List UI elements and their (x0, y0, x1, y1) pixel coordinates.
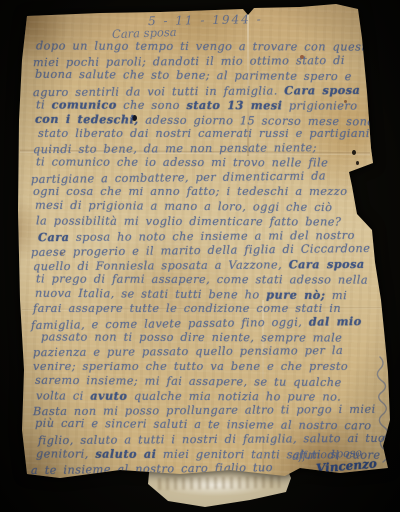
letter-text-segment: venire; speriamo che tutto va bene e che… (33, 360, 348, 373)
letter-text-segment: dal mio (309, 314, 362, 329)
letter-line: mesi di prigionia a mano a loro, oggi ch… (35, 199, 367, 216)
letter-text-segment: ogni cosa che mi anno fatto; i tedeschi … (33, 185, 369, 198)
letter-text-segment: avuto (90, 389, 127, 403)
letter-text-segment: figlio, saluto a tutti i nostri di famig… (38, 431, 389, 446)
letter-line: dopo un lungo tempo ti vengo a trovare c… (36, 39, 368, 55)
letter-text-segment: pazienza e pure passato quello pensiamo … (33, 344, 343, 359)
letter-line: a te insieme al nostro caro figlio tuo (31, 460, 363, 479)
letter-text-segment: pure nò; (266, 288, 325, 302)
letter-line: venire; speriamo che tutto va bene e che… (33, 360, 365, 375)
letter-text-segment: qualche mia notizia ho pure no. (127, 390, 341, 404)
letter-text-segment: comunico (52, 98, 117, 112)
letter-text-segment: nuova Italia, se stati tutti bene ho (35, 287, 266, 302)
letter-text-segment: mi (325, 289, 347, 302)
letter-text-segment: buona salute che sto bene; al parimente … (35, 68, 352, 83)
letter-text-segment: dopo un lungo tempo ti vengo a trovare c… (36, 39, 374, 53)
letter-text-segment: saluto ai (95, 447, 156, 461)
margin-scribble-decoration (370, 355, 390, 467)
letter-salutation: Cara sposa (112, 25, 177, 41)
letter-text-segment: prigioniero (282, 99, 357, 112)
letter-body: dopo un lungo tempo ti vengo a trovare c… (33, 40, 365, 476)
letter-paper-wrap: 5 - 11 - 1944 - Cara sposa dopo un lungo… (0, 0, 400, 512)
letter-text-segment: quello di Fonniesla sposata a Vazzone, (33, 259, 289, 274)
letter-text-segment: volta ci (36, 390, 90, 403)
letter-text-segment: più cari e sinceri saluti a te insieme a… (35, 417, 372, 433)
letter-text-segment: passato non ti posso dire niente, sempre… (41, 330, 342, 344)
letter-text-segment: stato liberato dai nostri camerati russi… (38, 127, 374, 140)
letter-text-segment: a te insieme al nostro caro figlio tuo (31, 461, 273, 477)
letter-text-segment: genitori, (36, 448, 95, 461)
letter-text-segment: la possibilità mi voglio dimenticare fat… (36, 214, 341, 228)
letter-line: ogni cosa che mi anno fatto; i tedeschi … (33, 185, 365, 200)
photo-background: 5 - 11 - 1944 - Cara sposa dopo un lungo… (0, 0, 400, 512)
letter-line: con i tedeschi, adesso giorno 15 scorso … (35, 111, 367, 128)
letter-text-segment: farai assapere tutte le condizione come … (33, 302, 341, 315)
letter-text-segment: ti comunico che io adesso mi trovo nelle… (36, 156, 328, 170)
letter-text-segment: ti (36, 99, 52, 112)
letter-text-segment: Cara (38, 230, 69, 244)
letter-text-segment: Cara sposa (284, 83, 360, 98)
letter-text-segment: Basta non mi posso prollungare altro ti … (33, 402, 376, 417)
letter-text-segment: partigiane a combattere, per dimenticarm… (31, 169, 326, 186)
letter-text-segment: Cara sposa (289, 257, 365, 272)
letter-text-segment: ti prego di farmi assapere, come stati a… (36, 272, 368, 286)
letter-line: quello di Fonniesla sposata a Vazzone, C… (33, 257, 365, 274)
letter-text-segment: stato 13 mesi (186, 98, 282, 112)
letter-line: stato liberato dai nostri camerati russi… (38, 127, 365, 142)
letter-line: pazienza e pure passato quello pensiamo … (33, 344, 365, 361)
letter-text-segment: con i tedeschi, (35, 111, 139, 126)
letter-text-segment: mesi di prigionia a mano a loro, oggi ch… (35, 199, 332, 214)
letter-text-segment: saremo insieme; mi fai assapere, se tu q… (35, 373, 342, 388)
letter-text-segment: quindi sto bene, da me non pensate nient… (33, 141, 317, 156)
letter-text-segment: adesso giorno 15 scorso mese sono (139, 113, 375, 128)
letter-paper: 5 - 11 - 1944 - Cara sposa dopo un lungo… (0, 0, 400, 512)
letter-line: nuova Italia, se stati tutti bene ho pur… (35, 286, 367, 303)
letter-line: ti comunico che sono stato 13 mesi prigi… (36, 98, 368, 114)
letter-line: volta ci avuto qualche mia notizia ho pu… (36, 389, 368, 405)
letter-text-segment: miei pochi paroli; dandoti il mio ottimo… (33, 54, 345, 69)
letter-text-segment: che sono (117, 99, 187, 112)
